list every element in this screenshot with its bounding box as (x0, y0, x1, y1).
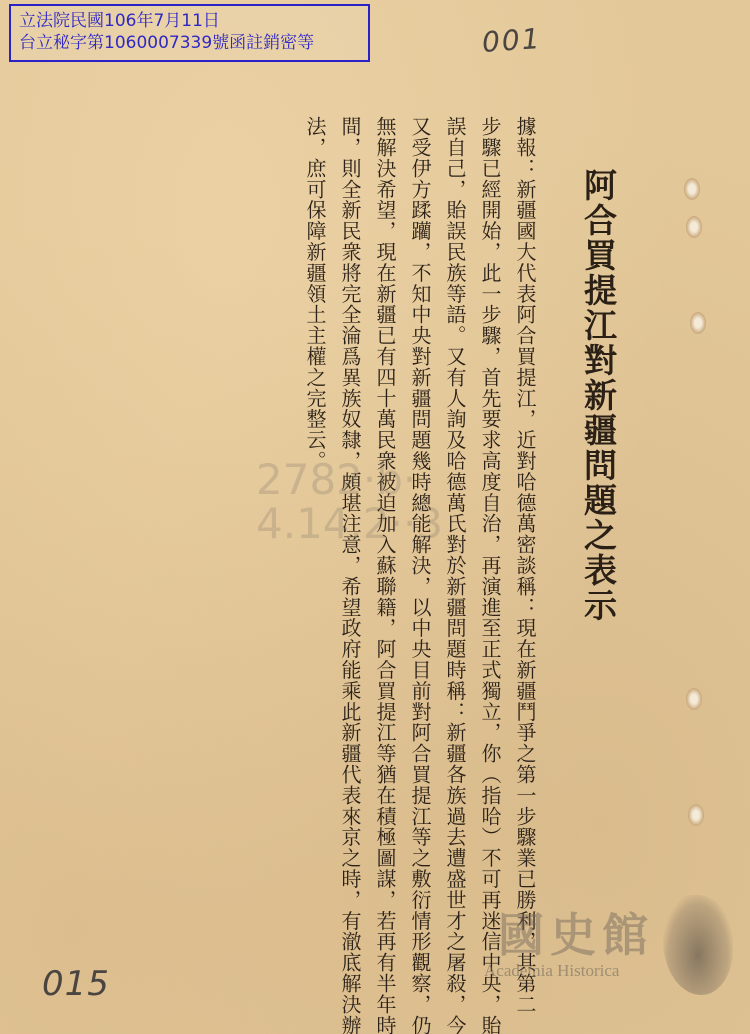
body-column: 又受伊方蹂躪，不知中央對新疆問題幾時總能解決，以中央目前對阿合買提江等之敷衍情形… (402, 116, 437, 946)
body-column: 法，庶可保障新疆領土主權之完整云。 (297, 116, 332, 946)
document-body: 據報：新疆國大代表阿合買提江，近對哈德萬密談稱：現在新疆鬥爭之第一步驟業已勝利，… (297, 116, 542, 946)
binding-hole (684, 178, 700, 200)
document-title: 阿合買提江對新疆問題之表示 (575, 168, 622, 623)
logo-caption: Academia Historica (484, 961, 619, 981)
stamp-line-1: 立法院民國106年7月11日 (19, 10, 368, 32)
body-column: 間，則全新民衆將完全淪爲異族奴隸，頗堪注意，希望政府能乘此新疆代表來京之時，有澈… (332, 116, 367, 946)
handwritten-page-number-top: 001 (481, 22, 543, 59)
body-column: 據報：新疆國大代表阿合買提江，近對哈德萬密談稱：現在新疆鬥爭之第一步驟業已勝利，… (507, 116, 542, 946)
declassification-stamp: 立法院民國106年7月11日 台立秘字第1060007339號函註銷密等 (9, 4, 370, 62)
binding-hole (688, 804, 704, 826)
handwritten-page-number-bottom: 015 (42, 964, 110, 1004)
brush-icon (663, 895, 733, 995)
stamp-line-2: 台立秘字第1060007339號函註銷密等 (19, 32, 368, 54)
binding-hole (686, 688, 702, 710)
body-column: 誤自己，貽誤民族等語。又有人詢及哈德萬氏對於新疆問題時稱：新疆各族過去遭盛世才之… (437, 116, 472, 946)
binding-hole (690, 312, 706, 334)
body-column: 步驟已經開始，此一步驟，首先要求高度自治，再演進至正式獨立，你（指哈）不可再迷信… (472, 116, 507, 946)
binding-hole (686, 216, 702, 238)
body-column: 無解決希望，現在新疆已有四十萬民衆被迫加入蘇聯籍，阿合買提江等猶在積極圖謀，若再… (367, 116, 402, 946)
